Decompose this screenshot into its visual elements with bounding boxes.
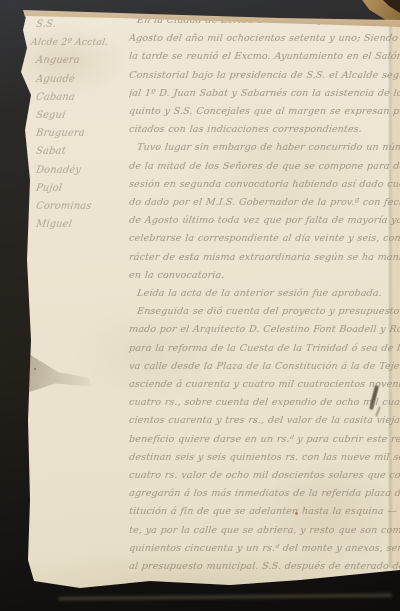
manuscript-line: al presupuesto municipal. S.S. después d… <box>129 558 400 576</box>
body-text-column: En la Ciudad de Lérida á las veinte y se… <box>129 12 400 576</box>
manuscript-line: la tarde se reunió el Excmo. Ayuntamient… <box>129 48 400 66</box>
manuscript-line: do dado por el M.I.S. Gobernador de la p… <box>129 194 400 212</box>
ink-speck <box>34 368 36 370</box>
margin-name: Corominas <box>35 198 130 216</box>
manuscript-line: beneficio quiere darse en un rs.ᵈ y para… <box>129 431 400 449</box>
manuscript-line: Leída la acta de la anterior sesión fue … <box>129 285 400 303</box>
margin-name: Cabana <box>35 89 130 107</box>
manuscript-page: S.S.Alcde 2º Acctal.AngueraAguadéCabanaS… <box>0 0 400 611</box>
margin-names-column: S.S.Alcde 2º Acctal.AngueraAguadéCabanaS… <box>36 16 128 234</box>
margin-name: Bruguera <box>35 125 130 143</box>
manuscript-line: va calle desde la Plaza de la Constituci… <box>129 358 400 376</box>
manuscript-line: sesión en segunda convocatoria habiendo … <box>129 176 400 194</box>
margin-name: Pujol <box>35 180 130 198</box>
manuscript-line: en la convocatoria. <box>129 267 400 285</box>
margin-name: Sabat <box>35 143 130 161</box>
manuscript-line: jal 1º D. Juan Sabat y Sabarnés con la a… <box>129 85 400 103</box>
manuscript-line: agregarán á los más inmediatos de la ref… <box>129 485 400 503</box>
margin-name: Alcde 2º Acctal. <box>30 34 130 52</box>
ink-smudge <box>21 345 95 397</box>
manuscript-line: titución á fin de que se adelanten hasta… <box>129 503 400 521</box>
manuscript-line: cuatro rs., sobre cuenta del expendio de… <box>129 394 400 412</box>
manuscript-line: Agosto del año mil ochocientos setenta y… <box>129 30 400 48</box>
manuscript-line: Tuvo lugar sin embargo de haber concurri… <box>129 139 400 157</box>
manuscript-line: destinan seis y seis quinientos rs. con … <box>129 449 400 467</box>
manuscript-line: asciende á cuarenta y cuatro mil cuatroc… <box>129 376 400 394</box>
manuscript-line: citados con las indicaciones correspondi… <box>129 121 400 139</box>
margin-name: Donadéy <box>35 162 130 180</box>
manuscript-line: quinientos cincuenta y un rs.ᵈ del monte… <box>129 540 400 558</box>
underlying-page-edge <box>58 593 392 600</box>
manuscript-line: te, ya por la calle que se abriera, y re… <box>129 522 400 540</box>
margin-name: Miguel <box>35 216 130 234</box>
manuscript-line: rácter de esta misma extraordinaria segú… <box>129 249 400 267</box>
manuscript-line: Enseguida se dió cuenta del proyecto y p… <box>129 303 400 321</box>
margin-name: Aguadé <box>35 71 130 89</box>
margin-name: Seguí <box>35 107 130 125</box>
manuscript-line: cuatro rs. valor de ocho mil doscientos … <box>129 467 400 485</box>
manuscript-line: de la mitad de los Señores de que se com… <box>129 158 400 176</box>
manuscript-line: para la reforma de la Cuesta de la Trini… <box>129 340 400 358</box>
manuscript-line: cientos cuarenta y tres rs., del valor d… <box>129 412 400 430</box>
manuscript-line: celebrarse la correspondiente al día vei… <box>129 230 400 248</box>
manuscript-line: quinto y S.S. Concejales que al margen s… <box>129 103 400 121</box>
margin-name: S.S. <box>35 16 130 34</box>
manuscript-line: de Agosto último toda vez que por falta … <box>129 212 400 230</box>
manuscript-line: mado por el Arquitecto D. Celestino Font… <box>129 321 400 339</box>
margin-name: Anguera <box>35 52 130 70</box>
manuscript-line: Consistorial bajo la presidencia de S.S.… <box>129 67 400 85</box>
